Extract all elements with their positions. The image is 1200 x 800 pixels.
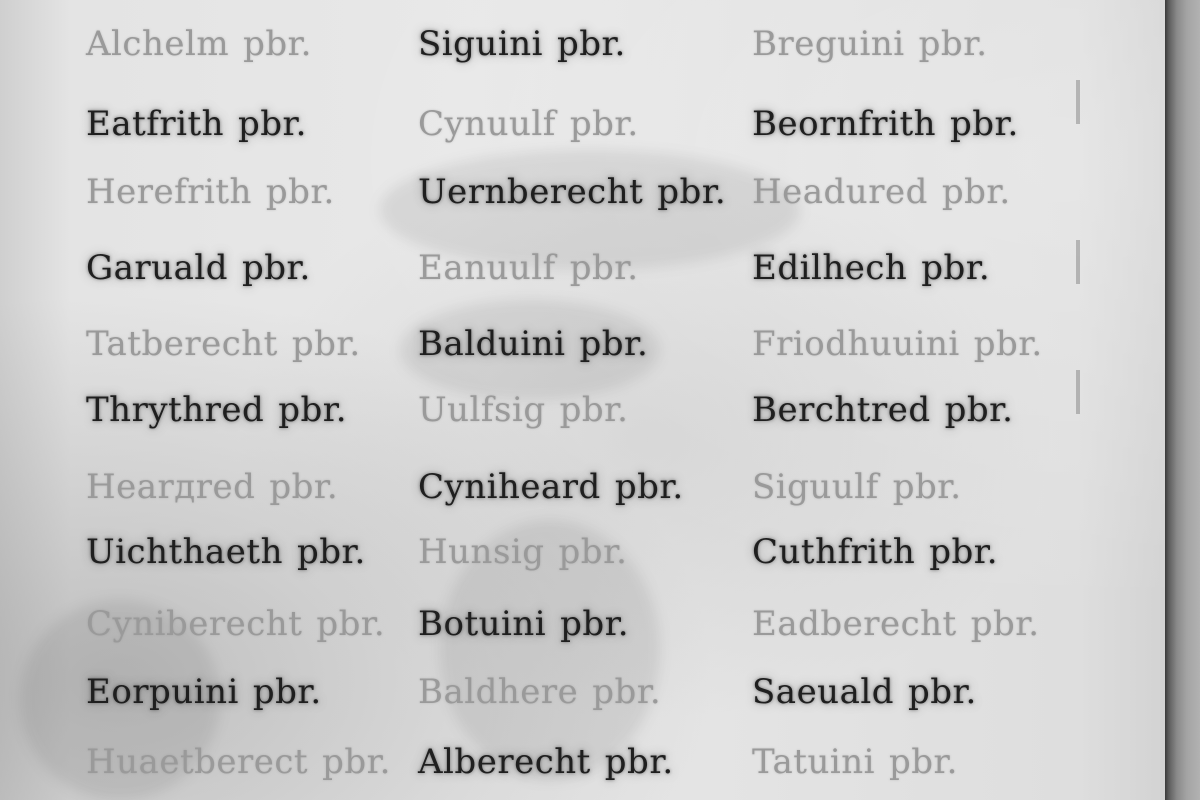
name-entry: Uulfsigpbr.: [418, 378, 628, 442]
name-entry: Eadberechtpbr.: [752, 592, 1040, 656]
name-row: Uichthaethpbr. Hunsigpbr. Cuthfrithpbr.: [0, 520, 1172, 584]
name-entry: Eanuulfpbr.: [418, 236, 639, 300]
presbyter-abbreviation: pbr.: [615, 467, 684, 507]
presbyter-abbreviation: pbr.: [945, 390, 1014, 430]
name-entry: Berchtredpbr.: [752, 378, 1013, 442]
name-row: Eorpuinipbr. Baldherepbr. Saeualdpbr.: [0, 660, 1172, 724]
name-entry: Cynuulfpbr.: [418, 92, 639, 156]
personal-name: Cuthfrith: [752, 532, 915, 572]
presbyter-abbreviation: pbr.: [929, 532, 998, 572]
personal-name: Uernberecht: [418, 172, 643, 212]
presbyter-abbreviation: pbr.: [242, 248, 311, 288]
presbyter-abbreviation: pbr.: [657, 172, 726, 212]
presbyter-abbreviation: pbr.: [950, 104, 1019, 144]
personal-name: Cyniheard: [418, 467, 601, 507]
personal-name: Baldhere: [418, 672, 578, 712]
presbyter-abbreviation: pbr.: [238, 104, 307, 144]
name-entry: Beornfrithpbr.: [752, 92, 1019, 156]
presbyter-abbreviation: pbr.: [278, 390, 347, 430]
name-entry: Saeualdpbr.: [752, 660, 977, 724]
name-entry: Eatfrithpbr.: [86, 92, 307, 156]
personal-name: Berchtred: [752, 390, 931, 430]
personal-name: Siguini: [418, 24, 543, 64]
name-row: Thrythredpbr. Uulfsigpbr. Berchtredpbr.: [0, 378, 1172, 442]
name-entry: Huaetberectpbr.: [86, 730, 391, 794]
name-entry: Siguinipbr.: [418, 12, 626, 76]
presbyter-abbreviation: pbr.: [560, 604, 629, 644]
name-entry: Balduinipbr.: [418, 312, 648, 376]
name-row: Garualdpbr. Eanuulfpbr. Edilhechpbr.: [0, 236, 1172, 300]
personal-name: Uichthaeth: [86, 532, 283, 572]
personal-name: Eanuulf: [418, 248, 556, 288]
personal-name: Beornfrith: [752, 104, 936, 144]
name-entry: Tatberechtpbr.: [86, 312, 361, 376]
presbyter-abbreviation: pbr.: [971, 604, 1040, 644]
name-row: Eatfrithpbr. Cynuulfpbr. Beornfrithpbr.: [0, 92, 1172, 156]
name-row: Cyniberechtpbr. Botuinipbr. Eadberechtpb…: [0, 592, 1172, 656]
presbyter-abbreviation: pbr.: [297, 532, 366, 572]
presbyter-abbreviation: pbr.: [889, 742, 958, 782]
name-entry: Alberechtpbr.: [418, 730, 674, 794]
presbyter-abbreviation: pbr.: [557, 24, 626, 64]
personal-name: Edilhech: [752, 248, 907, 288]
name-row: Alchelmpbr. Siguinipbr. Breguinipbr.: [0, 12, 1172, 76]
name-entry: Tatuinipbr.: [752, 730, 958, 794]
name-entry: Baldherepbr.: [418, 660, 661, 724]
presbyter-abbreviation: pbr.: [974, 324, 1043, 364]
personal-name: Cyniberecht: [86, 604, 302, 644]
personal-name: Uulfsig: [418, 390, 546, 430]
personal-name: Tatberecht: [86, 324, 278, 364]
presbyter-abbreviation: pbr.: [266, 172, 335, 212]
personal-name: Siguulf: [752, 467, 879, 507]
name-entry: Uichthaethpbr.: [86, 520, 366, 584]
personal-name: Tatuini: [752, 742, 875, 782]
presbyter-abbreviation: pbr.: [579, 324, 648, 364]
personal-name: Eatfrith: [86, 104, 224, 144]
personal-name: Cynuulf: [418, 104, 556, 144]
book-gutter: [1165, 0, 1200, 800]
presbyter-abbreviation: pbr.: [570, 248, 639, 288]
name-entry: Hunsigpbr.: [418, 520, 627, 584]
personal-name: Saeuald: [752, 672, 894, 712]
presbyter-abbreviation: pbr.: [322, 742, 391, 782]
presbyter-abbreviation: pbr.: [560, 390, 629, 430]
presbyter-abbreviation: pbr.: [919, 24, 988, 64]
name-row: Hearдredpbr. Cyniheardpbr. Siguulfpbr.: [0, 455, 1172, 519]
name-entry: Herefrithpbr.: [86, 160, 335, 224]
presbyter-abbreviation: pbr.: [605, 742, 674, 782]
presbyter-abbreviation: pbr.: [592, 672, 661, 712]
personal-name: Headured: [752, 172, 928, 212]
presbyter-abbreviation: pbr.: [921, 248, 990, 288]
personal-name: Huaetberect: [86, 742, 308, 782]
presbyter-abbreviation: pbr.: [253, 672, 322, 712]
presbyter-abbreviation: pbr.: [292, 324, 361, 364]
name-row: Tatberechtpbr. Balduinipbr. Friodhuuinip…: [0, 312, 1172, 376]
name-entry: Cyniberechtpbr.: [86, 592, 385, 656]
personal-name: Hearдred: [86, 467, 255, 507]
name-row: Huaetberectpbr. Alberechtpbr. Tatuinipbr…: [0, 730, 1172, 794]
name-entry: Cuthfrithpbr.: [752, 520, 998, 584]
personal-name: Herefrith: [86, 172, 252, 212]
personal-name: Alchelm: [86, 24, 229, 64]
presbyter-abbreviation: pbr.: [570, 104, 639, 144]
name-entry: Hearдredpbr.: [86, 455, 338, 519]
presbyter-abbreviation: pbr.: [942, 172, 1011, 212]
personal-name: Eorpuini: [86, 672, 239, 712]
personal-name: Balduini: [418, 324, 565, 364]
manuscript-page: Alchelmpbr. Siguinipbr. Breguinipbr. Eat…: [0, 0, 1172, 800]
name-entry: Eorpuinipbr.: [86, 660, 322, 724]
personal-name: Garuald: [86, 248, 228, 288]
name-entry: Alchelmpbr.: [86, 12, 312, 76]
personal-name: Alberecht: [418, 742, 591, 782]
personal-name: Hunsig: [418, 532, 545, 572]
name-entry: Headuredpbr.: [752, 160, 1011, 224]
name-entry: Cyniheardpbr.: [418, 455, 684, 519]
name-entry: Friodhuuinipbr.: [752, 312, 1043, 376]
name-row: Herefrithpbr. Uernberechtpbr. Headuredpb…: [0, 160, 1172, 224]
presbyter-abbreviation: pbr.: [908, 672, 977, 712]
name-entry: Botuinipbr.: [418, 592, 629, 656]
name-entry: Thrythredpbr.: [86, 378, 347, 442]
name-entry: Uernberechtpbr.: [418, 160, 726, 224]
personal-name: Breguini: [752, 24, 905, 64]
name-entry: Edilhechpbr.: [752, 236, 990, 300]
presbyter-abbreviation: pbr.: [893, 467, 962, 507]
personal-name: Botuini: [418, 604, 546, 644]
presbyter-abbreviation: pbr.: [243, 24, 312, 64]
personal-name: Thrythred: [86, 390, 264, 430]
name-entry: Breguinipbr.: [752, 12, 988, 76]
name-entry: Garualdpbr.: [86, 236, 311, 300]
presbyter-abbreviation: pbr.: [316, 604, 385, 644]
personal-name: Friodhuuini: [752, 324, 960, 364]
personal-name: Eadberecht: [752, 604, 957, 644]
name-entry: Siguulfpbr.: [752, 455, 962, 519]
presbyter-abbreviation: pbr.: [269, 467, 338, 507]
presbyter-abbreviation: pbr.: [559, 532, 628, 572]
